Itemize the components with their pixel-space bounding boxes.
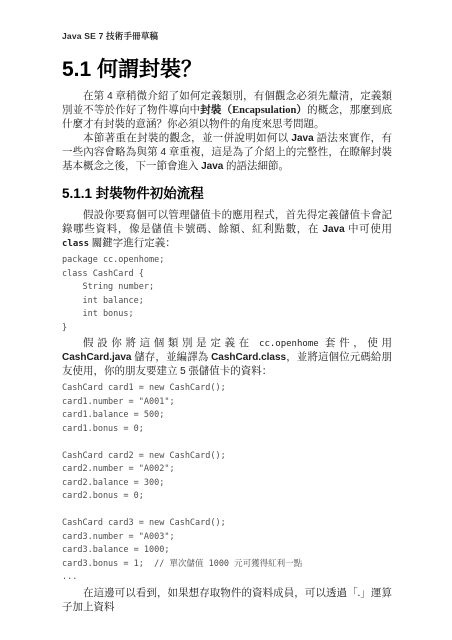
text-segment: 在這邊可以看到，如果想存取物件的資料成員，可以透過「.」運算子加上資料 <box>62 588 392 613</box>
keyword-encapsulation: 封裝（Encapsulation） <box>200 105 307 116</box>
text-segment: 套件，使用 <box>319 338 392 349</box>
text-segment: 張儲值卡的資料： <box>186 366 273 377</box>
section-title: 5.1.1 封裝物件初始流程 <box>62 185 392 202</box>
text-segment: 儲存，並編譯為 <box>131 352 211 363</box>
text-segment: 關鍵字進行定義： <box>89 238 176 249</box>
code-line: CashCard card2 = new CashCard(); <box>62 450 392 464</box>
code-line: class CashCard { <box>62 268 392 282</box>
code-line: String number; <box>62 281 392 295</box>
code-line: int balance; <box>62 295 392 309</box>
text-segment: 假設你將這個類別是定義在 <box>83 338 259 349</box>
code-line: card1.balance = 500; <box>62 409 392 423</box>
code-line: card1.bonus = 0; <box>62 423 392 437</box>
code-line: card3.balance = 1000; <box>62 544 392 558</box>
filename-java: CashCard.java <box>62 352 131 363</box>
code-line: CashCard card3 = new CashCard(); <box>62 517 392 531</box>
package-name: cc.openhome <box>259 339 319 349</box>
code-line: } <box>62 322 392 336</box>
code-line: card2.number = "A002"; <box>62 463 392 477</box>
text-segment: Java <box>322 224 344 235</box>
intro-paragraph-2: 本節著重在封裝的觀念，並一併說明如何以 Java 語法來實作，有一些內容會略為與… <box>62 132 392 174</box>
text-segment: Java <box>201 161 223 172</box>
document-page: Java SE 7 技術手冊草稿 5.1 何謂封裝？ 在第 4 章稍微介紹了如何… <box>0 0 452 640</box>
intro-paragraph-1: 在第 4 章稍微介紹了如何定義類別，有個觀念必須先釐清，定義類別並不等於作好了物… <box>62 90 392 132</box>
code-line: package cc.openhome; <box>62 254 392 268</box>
code-line: card3.number = "A003"; <box>62 531 392 545</box>
code-block-card-instances: CashCard card1 = new CashCard();card1.nu… <box>62 382 392 585</box>
text-segment: 本節著重在封裝的觀念，並一併說明如何以 <box>83 133 291 144</box>
code-line: card1.number = "A001"; <box>62 396 392 410</box>
code-line: card2.balance = 300; <box>62 477 392 491</box>
running-header: Java SE 7 技術手冊草稿 <box>62 30 392 42</box>
text-segment: 中可使用 <box>345 224 392 235</box>
code-line: card2.bonus = 0; <box>62 490 392 504</box>
code-line: ... <box>62 571 392 585</box>
code-line: card3.bonus = 1; // 單次儲值 1000 元可獲得紅利一點 <box>62 558 392 572</box>
keyword-class: class <box>62 239 89 249</box>
closing-paragraph: 在這邊可以看到，如果想存取物件的資料成員，可以透過「.」運算子加上資料 <box>62 587 392 615</box>
chapter-title: 5.1 何謂封裝？ <box>62 57 392 82</box>
code-line: CashCard card1 = new CashCard(); <box>62 382 392 396</box>
code-line <box>62 504 392 518</box>
cashcard-intro-paragraph: 假設你要寫個可以管理儲值卡的應用程式，首先得定義儲值卡會記錄哪些資料，像是儲值卡… <box>62 209 392 251</box>
code-block-class-definition: package cc.openhome;class CashCard { Str… <box>62 254 392 335</box>
text-segment: 在第 <box>83 91 107 102</box>
compile-paragraph: 假設你將這個類別是定義在 cc.openhome 套件，使用 CashCard.… <box>62 337 392 379</box>
text-segment: 的語法細節。 <box>223 161 289 172</box>
text-segment: Java <box>291 133 313 144</box>
code-line <box>62 436 392 450</box>
filename-class: CashCard.class <box>211 352 286 363</box>
code-line: int bonus; <box>62 308 392 322</box>
